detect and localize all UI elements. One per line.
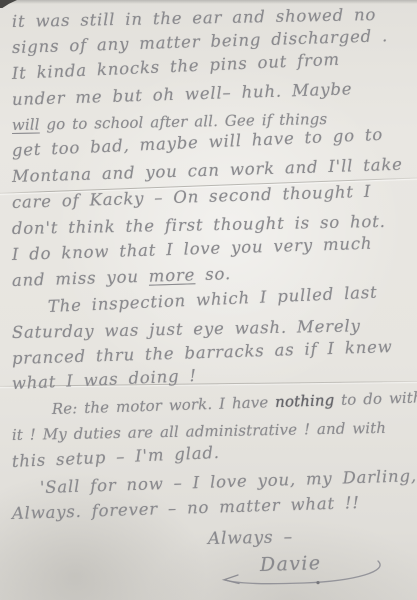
emphasized-word: nothing (275, 391, 335, 411)
letter-text-segment: what I was doing ! (11, 366, 197, 393)
letter-text-segment: Always – (208, 527, 293, 549)
signature-flourish-arrow (142, 556, 392, 594)
scanned-letter-page: it was still in the ear and showed nosig… (0, 0, 417, 600)
letter-text-segment: this setup – I'm glad. (11, 443, 220, 471)
underlined-word: more (148, 265, 195, 285)
letter-text-segment: so. (195, 264, 231, 284)
scan-corner-artifact (0, 0, 17, 8)
letter-text-segment: to do with (334, 389, 417, 410)
letter-text-segment: and miss you (12, 267, 149, 290)
letter-text-segment: Re: the motor work. I have (52, 393, 276, 418)
underlined-word: will (12, 115, 40, 134)
letter-body: it was still in the ear and showed nosig… (12, 9, 413, 579)
